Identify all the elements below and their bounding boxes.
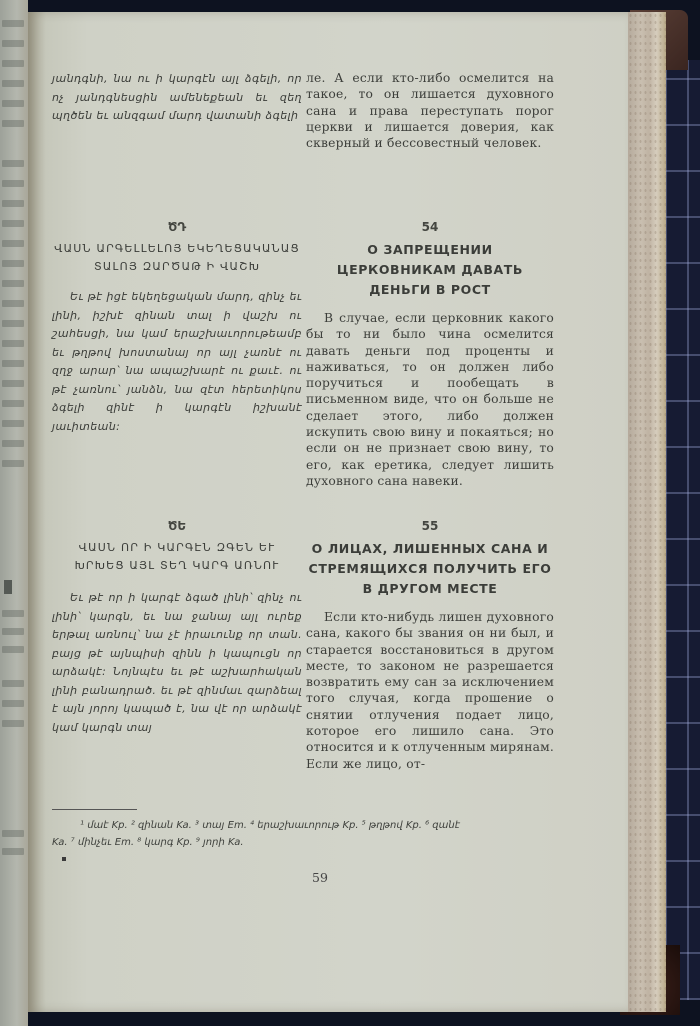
russian-canon-55: 55 О ЛИЦАХ, ЛИШЕННЫХ САНА И СТРЕМЯЩИХСЯ … [306,519,554,772]
canon-title: ՎԱՍՆ ԱՐԳԵԼԼԵԼՈՅ ԵԿԵՂԵՑԱԿԱՆԱՑ ՏԱԼՈՅ ԶԱՐԾԱ… [52,240,302,276]
canon-text: В случае, если церковник какого бы то ни… [306,310,554,489]
russian-canon-54: 54 О ЗАПРЕЩЕНИИ ЦЕРКОВНИКАМ ДАВАТЬ ДЕНЬГ… [306,220,554,489]
canon-text: Եւ թէ իցէ եկեղեցական մարդ, զինչ եւ լինի,… [52,288,302,436]
footnote-marker [62,857,66,861]
canon-number: 54 [306,220,554,234]
canon-title: О ЛИЦАХ, ЛИШЕННЫХ САНА И СТРЕМЯЩИХСЯ ПОЛ… [306,539,554,599]
canon-number: ԾԴ [52,220,302,234]
page-block-edge [628,12,666,1012]
canon-text: Եւ թէ որ ի կարգէ ձգած լինի՝ զինչ ու լինի… [52,589,302,737]
canon-title: ՎԱՍՆ ՈՐ Ի ԿԱՐԳԷՆ ԶԳԵՆ ԵՒ ԽՐԽԵՑ ԱՅԼ ՏԵՂ Կ… [52,539,302,575]
russian-continuation: ле. А если кто-либо осмелится на такое, … [306,70,554,151]
canon-number: 55 [306,519,554,533]
footnotes: ¹ մաէ Kp. ² զինան Ka. ³ տայ Em. ⁴ երաշխա… [52,817,572,851]
footnote-divider [52,809,137,810]
book-page: յանդգնի, նա ու ի կարգէն այլ ձգելի, որ ոչ… [28,12,628,1012]
armenian-continuation: յանդգնի, նա ու ի կարգէն այլ ձգելի, որ ոչ… [52,70,302,126]
armenian-canon-54: ԾԴ ՎԱՍՆ ԱՐԳԵԼԼԵԼՈՅ ԵԿԵՂԵՑԱԿԱՆԱՑ ՏԱԼՈՅ ԶԱ… [52,220,302,436]
armenian-canon-55: ԾԵ ՎԱՍՆ ՈՐ Ի ԿԱՐԳԷՆ ԶԳԵՆ ԵՒ ԽՐԽԵՑ ԱՅԼ ՏԵ… [52,519,302,737]
canon-number: ԾԵ [52,519,302,533]
page-number: 59 [290,870,350,885]
adjacent-page-sliver [0,0,28,1026]
canon-title: О ЗАПРЕЩЕНИИ ЦЕРКОВНИКАМ ДАВАТЬ ДЕНЬГИ В… [306,240,554,300]
background-grid [665,60,700,1000]
canon-text: Если кто-нибудь лишен духовного сана, ка… [306,609,554,772]
footnote-line: ¹ մաէ Kp. ² զինան Ka. ³ տայ Em. ⁴ երաշխա… [52,817,572,834]
footnote-line: Ka. ⁷ մինչեւ Em. ⁸ կարգ Kp. ⁹ յորի Ka. [52,834,572,851]
